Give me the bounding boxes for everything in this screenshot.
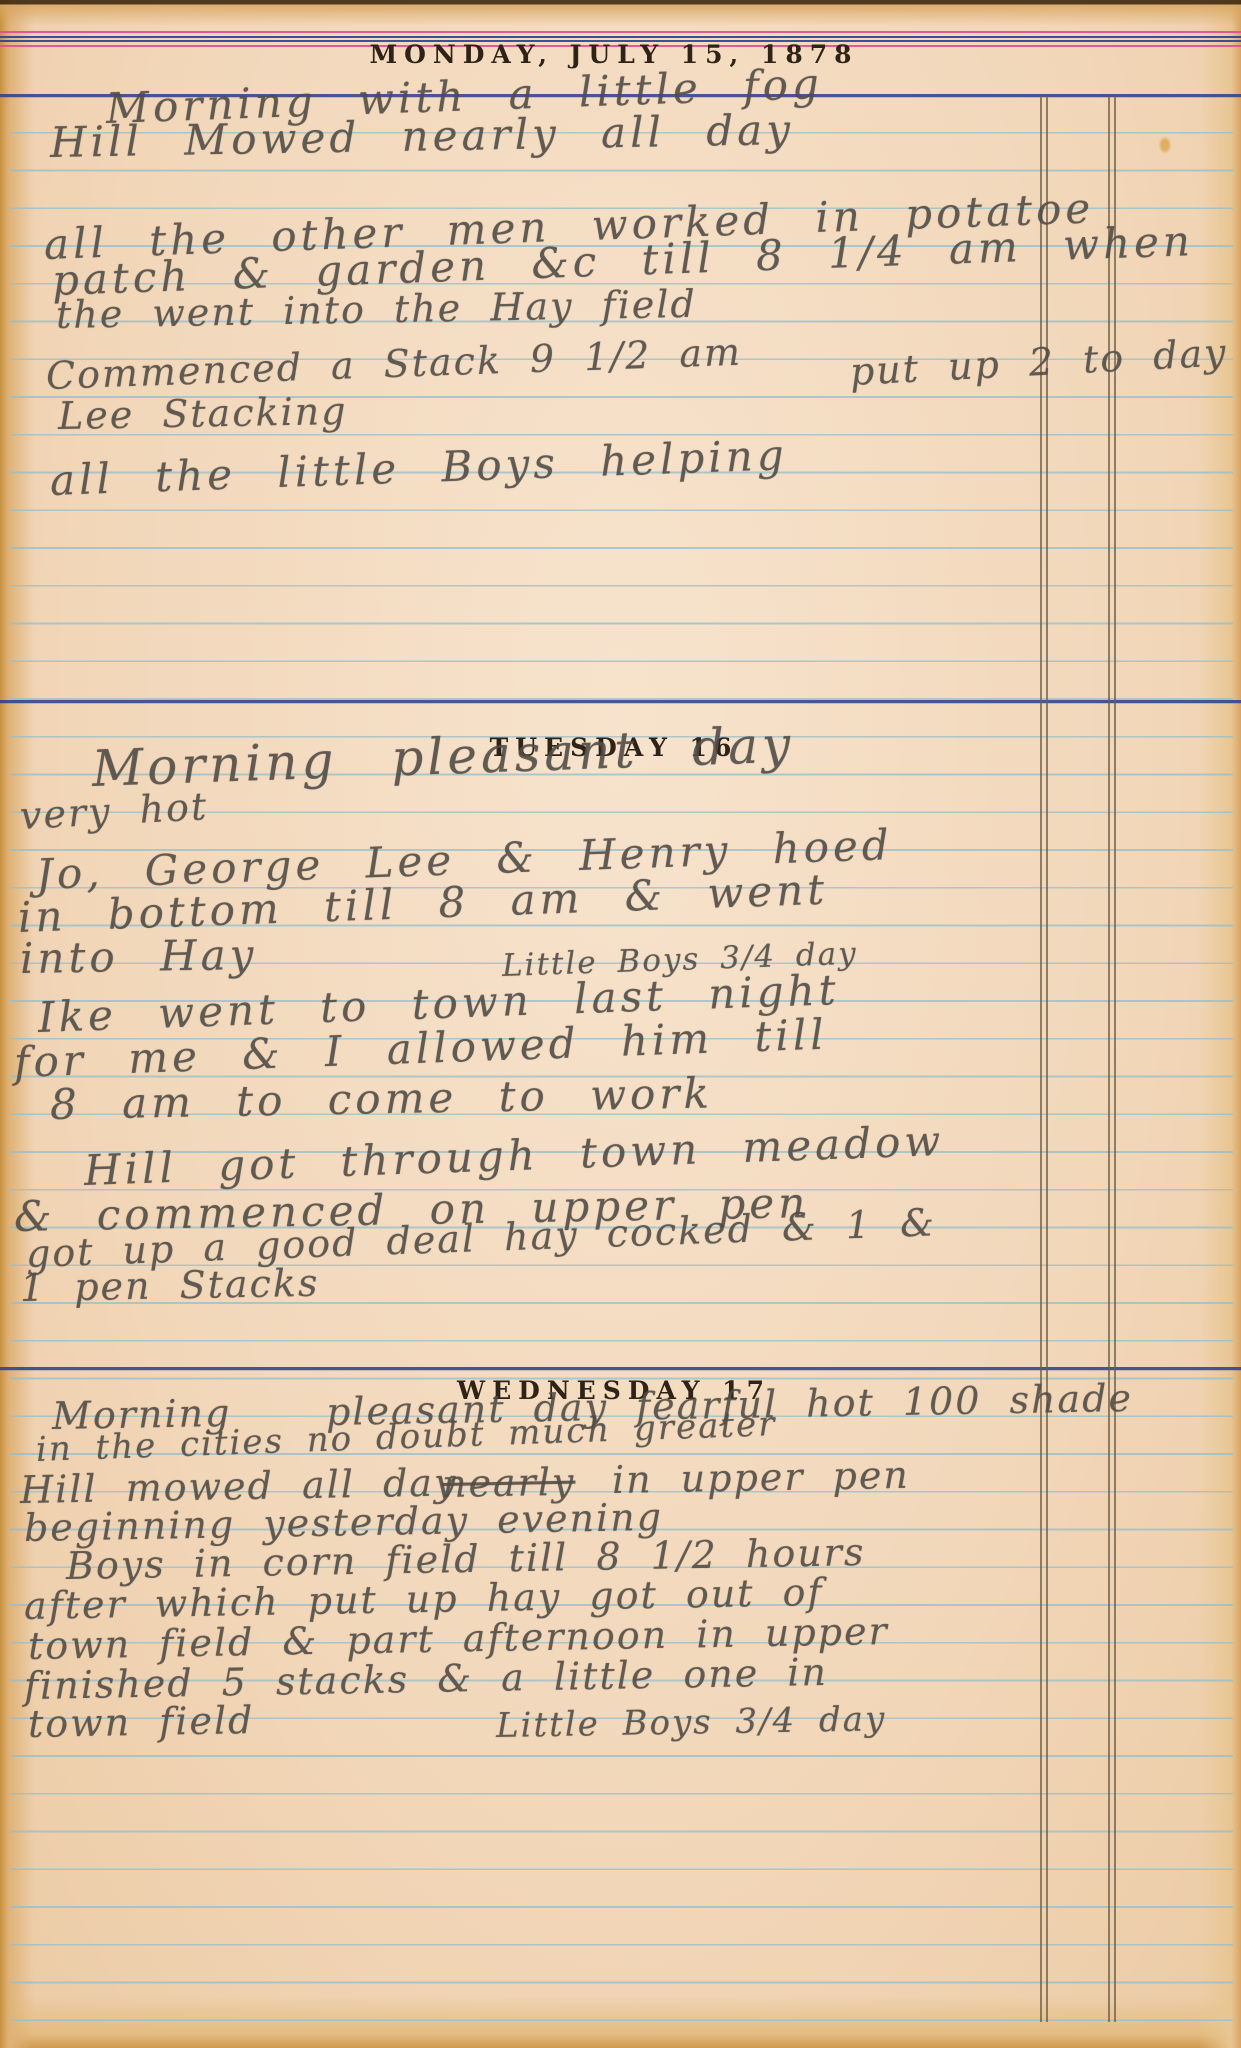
top-pink-rule-1 [0,31,1241,33]
entry-header-monday: MONDAY, JULY 15, 1878 [0,40,1228,69]
margin-rule-left-a [1040,96,1042,2022]
margin-rule-right-b [1114,96,1116,2022]
paper-stain [1160,138,1170,152]
diary-page: MONDAY, JULY 15, 1878 TUESDAY 16 WEDNESD… [0,0,1241,2048]
handwriting-line: town field [28,1698,255,1746]
handwriting-line: 1 pen Stacks [20,1261,320,1310]
margin-rule-left-b [1046,96,1048,2022]
section-divider-wednesday [0,1367,1241,1370]
handwriting-line: Little Boys 3/4 day [496,1699,887,1746]
section-divider-tuesday [0,700,1241,703]
margin-rule-right-a [1108,96,1110,2022]
top-navy-rule-1 [0,36,1241,38]
handwriting-line: Lee Stacking [58,389,348,438]
handwriting-line: into Hay [20,930,258,983]
